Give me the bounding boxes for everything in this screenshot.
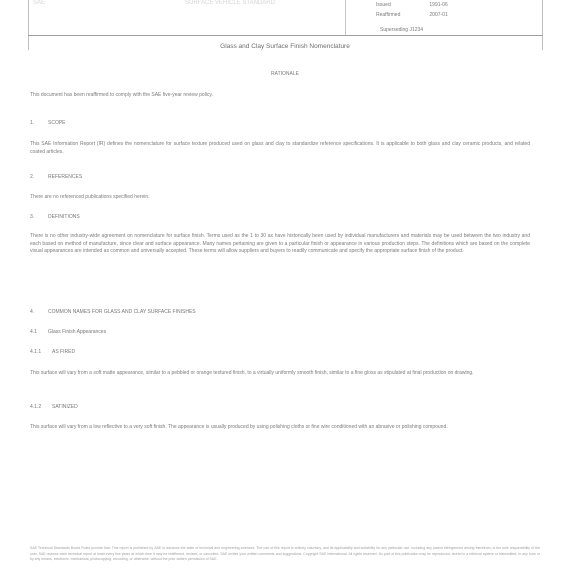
subsection-satinized-body: This surface will vary from a low reflec… — [30, 424, 530, 432]
subsection-glass-finish-heading: 4.1Glass Finish Appearances — [30, 329, 106, 335]
subsection-as-fired-heading: 4.1.1AS FIRED — [30, 349, 75, 355]
legal-footer: SAE Technical Standards Board Rules prov… — [30, 546, 540, 563]
section-common-names-heading: 4.COMMON NAMES FOR GLASS AND CLAY SURFAC… — [30, 309, 196, 315]
rationale-heading: RATIONALE — [0, 71, 570, 77]
section-scope-heading: 1.SCOPE — [30, 120, 66, 126]
document-title: Glass and Clay Surface Finish Nomenclatu… — [0, 43, 570, 50]
meta-supersedes: Superseding J1234 — [380, 27, 423, 33]
meta-reaffirmed-value: 2007-01 — [429, 12, 447, 18]
intro-paragraph: This document has been reaffirmed to com… — [30, 92, 530, 100]
header-divider — [28, 35, 543, 36]
subsection-satinized-heading: 4.1.2SATINIZED — [30, 404, 78, 410]
meta-issued: Issued 1991-06 — [376, 2, 448, 8]
subsection-as-fired-body: This surface will vary from a soft matte… — [30, 370, 530, 378]
section-definitions-heading: 3.DEFINITIONS — [30, 214, 80, 220]
publisher-logo: SAE — [33, 0, 45, 6]
section-definitions-body: There is no other industry-wide agreemen… — [30, 233, 530, 256]
meta-reaffirmed-label: Reaffirmed — [376, 12, 428, 18]
section-references-body: There are no referenced publications spe… — [30, 194, 530, 202]
document-header-type: SURFACE VEHICLE STANDARD — [185, 0, 275, 6]
section-scope-body: This SAE Information Report (IR) defines… — [30, 141, 530, 156]
section-references-heading: 2.REFERENCES — [30, 174, 82, 180]
meta-issued-value: 1991-06 — [429, 2, 447, 8]
meta-reaffirmed: Reaffirmed 2007-01 — [376, 12, 448, 18]
meta-issued-label: Issued — [376, 2, 428, 8]
